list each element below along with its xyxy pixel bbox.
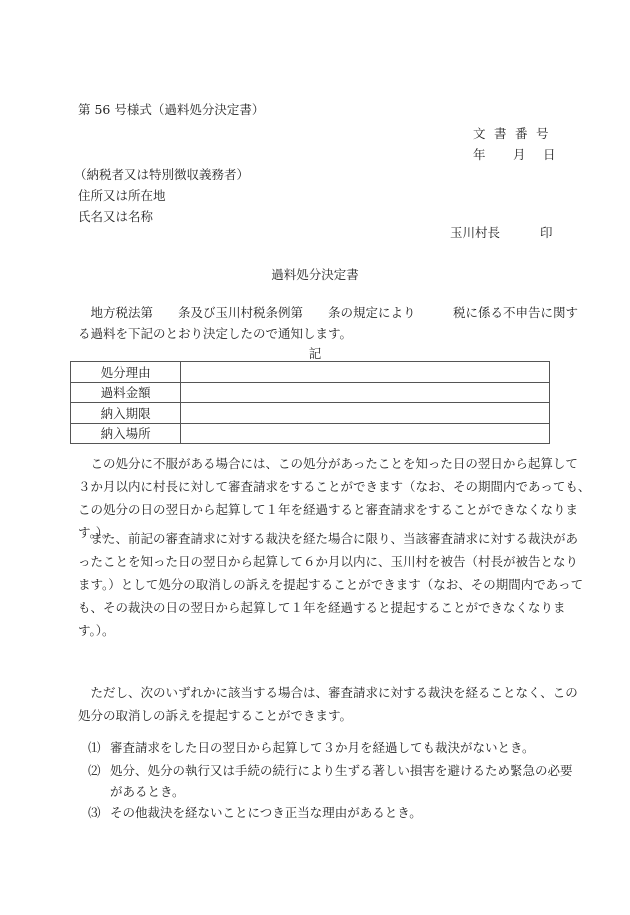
doc-number-char: 書 xyxy=(494,124,515,142)
form-number: 第 56 号様式（過料処分決定書） xyxy=(78,100,264,118)
item-text: 審査請求をした日の翌日から起算して３か月を経過しても裁決がないとき。 xyxy=(110,737,558,758)
table-row: 過料金額 xyxy=(71,382,550,403)
address-label: 住所又は所在地 xyxy=(78,186,166,204)
table-row: 納入場所 xyxy=(71,423,550,444)
doc-number-char: 号 xyxy=(536,124,549,142)
issuer-name: 玉川村長 xyxy=(450,225,500,240)
paragraph-line: ただし、次のいずれかに該当する場合は、審査請求に対する裁決を経ることなく、この xyxy=(78,681,558,704)
intro-line: る過料を下記のとおり決定したので通知します。 xyxy=(78,323,560,344)
intro-line: 地方税法第 条及び玉川村税条例第 条の規定により 税に係る不申告に関す xyxy=(78,302,560,323)
detail-table: 処分理由 過料金額 納入期限 納入場所 xyxy=(70,361,550,444)
list-item: ⑴ 審査請求をした日の翌日から起算して３か月を経過しても裁決がないとき。 xyxy=(88,737,558,758)
paragraph-line: ます。）として処分の取消しの訴えを提起することができます（なお、その期間内であっ… xyxy=(78,573,558,596)
doc-number-char: 文 xyxy=(473,124,494,142)
document-date-field: 年月日 xyxy=(473,145,556,163)
table-row: 処分理由 xyxy=(71,362,550,383)
seal-mark: 印 xyxy=(540,225,553,240)
row-value-reason xyxy=(181,362,550,383)
item-number: ⑶ xyxy=(88,802,110,823)
paragraph-line: この処分の日の翌日から起算して１年を経過すると審査請求をすることができなくなりま xyxy=(78,498,558,521)
ki-heading: 記 xyxy=(0,344,630,362)
list-item: ⑶ その他裁決を経ないことにつき正当な理由があるとき。 xyxy=(88,802,558,823)
paragraph-line: また、前記の審査請求に対する裁決を経た場合に限り、当該審査請求に対する裁決があ xyxy=(78,527,558,550)
item-text: その他裁決を経ないことにつき正当な理由があるとき。 xyxy=(110,802,558,823)
row-value-amount xyxy=(181,382,550,403)
exception-paragraph: ただし、次のいずれかに該当する場合は、審査請求に対する裁決を経ることなく、この … xyxy=(78,681,558,727)
lawsuit-notice-paragraph: また、前記の審査請求に対する裁決を経た場合に限り、当該審査請求に対する裁決があ … xyxy=(78,527,558,642)
item-text: 処分、処分の執行又は手続の続行により生ずる著しい損害を避けるため緊急の必要 があ… xyxy=(110,760,573,802)
date-year-label: 年 xyxy=(473,145,513,163)
paragraph-line: ったことを知った日の翌日から起算して６か月以内に、玉川村を被告（村長が被告となり xyxy=(78,550,558,573)
paragraph-line: 処分の取消しの訴えを提起することができます。 xyxy=(78,704,558,727)
date-month-label: 月 xyxy=(513,145,543,163)
item-number: ⑵ xyxy=(88,760,110,802)
issuer: 玉川村長印 xyxy=(450,223,553,241)
intro-paragraph: 地方税法第 条及び玉川村税条例第 条の規定により 税に係る不申告に関す る過料を… xyxy=(78,302,560,344)
row-label-reason: 処分理由 xyxy=(71,362,181,383)
document-number-field: 文書番号 xyxy=(473,124,549,142)
exception-list: ⑴ 審査請求をした日の翌日から起算して３か月を経過しても裁決がないとき。 ⑵ 処… xyxy=(88,737,558,823)
item-line: 審査請求をした日の翌日から起算して３か月を経過しても裁決がないとき。 xyxy=(110,737,558,758)
paragraph-line: ３か月以内に村長に対して審査請求をすることができます（なお、その期間内であっても… xyxy=(78,475,558,498)
date-day-label: 日 xyxy=(543,145,556,163)
row-label-place: 納入場所 xyxy=(71,423,181,444)
list-item: ⑵ 処分、処分の執行又は手続の続行により生ずる著しい損害を避けるため緊急の必要 … xyxy=(88,760,558,802)
item-line: があるとき。 xyxy=(110,781,573,802)
paragraph-line: も、その裁決の日の翌日から起算して１年を経過すると提起することができなくなりま xyxy=(78,596,558,619)
paragraph-line: す。）。 xyxy=(78,619,558,642)
row-value-deadline xyxy=(181,403,550,424)
row-label-amount: 過料金額 xyxy=(71,382,181,403)
name-label: 氏名又は名称 xyxy=(78,207,153,225)
item-line: その他裁決を経ないことにつき正当な理由があるとき。 xyxy=(110,802,558,823)
doc-number-char: 番 xyxy=(515,124,536,142)
paragraph-line: この処分に不服がある場合には、この処分があったことを知った日の翌日から起算して xyxy=(78,452,558,475)
recipient-type: （納税者又は特別徴収義務者） xyxy=(74,165,249,183)
table-row: 納入期限 xyxy=(71,403,550,424)
document-title: 過料処分決定書 xyxy=(0,265,630,283)
item-number: ⑴ xyxy=(88,737,110,758)
row-label-deadline: 納入期限 xyxy=(71,403,181,424)
row-value-place xyxy=(181,423,550,444)
item-line: 処分、処分の執行又は手続の続行により生ずる著しい損害を避けるため緊急の必要 xyxy=(110,760,573,781)
